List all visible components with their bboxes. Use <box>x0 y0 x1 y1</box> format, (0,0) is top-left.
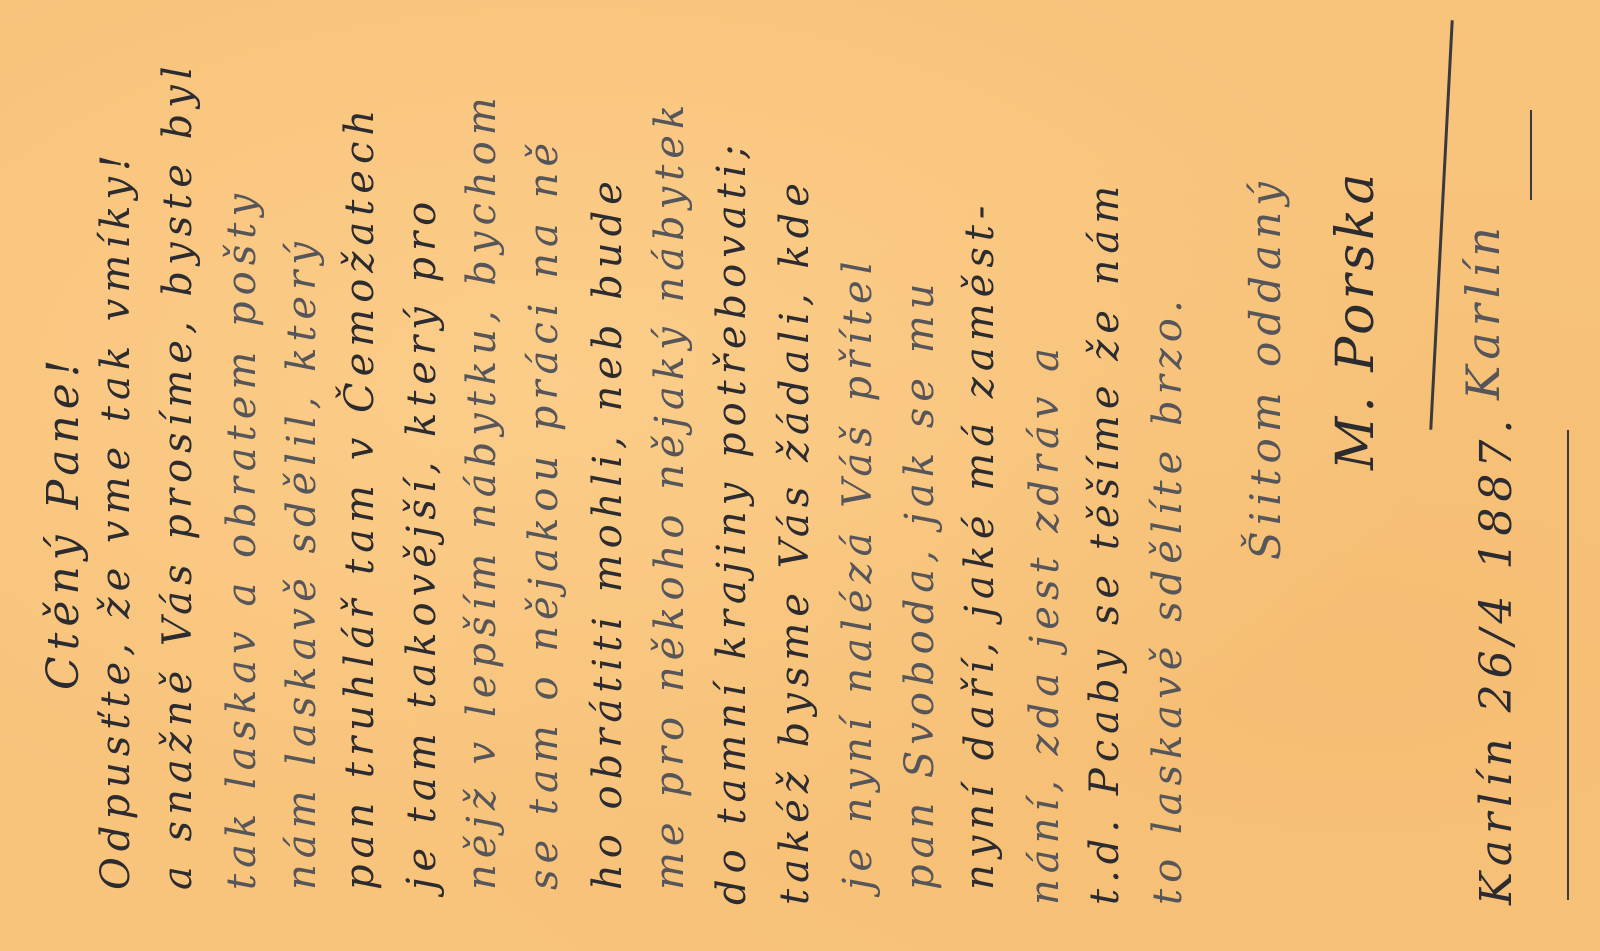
body-line-8: se tam o nějakou práci na ně <box>524 137 564 890</box>
dateline-underline <box>1567 430 1569 900</box>
body-line-1: Odpusťte, že vme tak vmíky! <box>96 149 136 890</box>
place-underline <box>1530 110 1532 200</box>
body-line-9: ho obrátiti mohli, neb bude <box>588 175 628 890</box>
body-line-17: t.d. Pcaby se těšíme že nám <box>1085 180 1125 905</box>
body-line-12: takéž bysme Vás žádali, kde <box>775 177 815 905</box>
body-line-18: to laskavě sdělíte brzo. <box>1148 294 1188 905</box>
signature-underline <box>1429 20 1453 430</box>
signature: M. Porska <box>1330 169 1382 470</box>
body-line-13: je nyní nalézá Váš přítel <box>838 256 878 891</box>
body-line-15: nyní daří, jaké má zaměst- <box>960 200 1000 890</box>
body-line-2: a snažně Vás prosíme, byste byl <box>158 60 198 890</box>
salutation: Ctěný Pane! <box>42 354 86 691</box>
body-line-16: nání, zda jest zdráv a <box>1025 342 1065 905</box>
signature-place: Karlín <box>1460 221 1506 400</box>
body-line-4: nám laskavě sdělil, který <box>282 236 322 890</box>
body-line-10: me pro někoho nějaký nábytek <box>650 99 690 890</box>
body-line-6: je tam takovější, který pro <box>402 196 442 890</box>
postcard: Ctěný Pane! Odpusťte, že vme tak vmíky! … <box>0 0 1600 951</box>
body-line-3: tak laskav a obratem pošty <box>222 188 262 890</box>
body-line-7: nějž v lepším nábytku, bychom <box>462 91 502 890</box>
body-line-5: pan truhlář tam v Čemožatech <box>340 104 380 890</box>
closing: Šiitom oddaný <box>1245 176 1287 560</box>
body-line-14: pan Svoboda, jak se mu <box>900 278 940 890</box>
dateline: Karlín 26/4 1887. <box>1475 414 1519 905</box>
body-line-11: do tamní krajiny potřebovati; <box>712 139 752 905</box>
